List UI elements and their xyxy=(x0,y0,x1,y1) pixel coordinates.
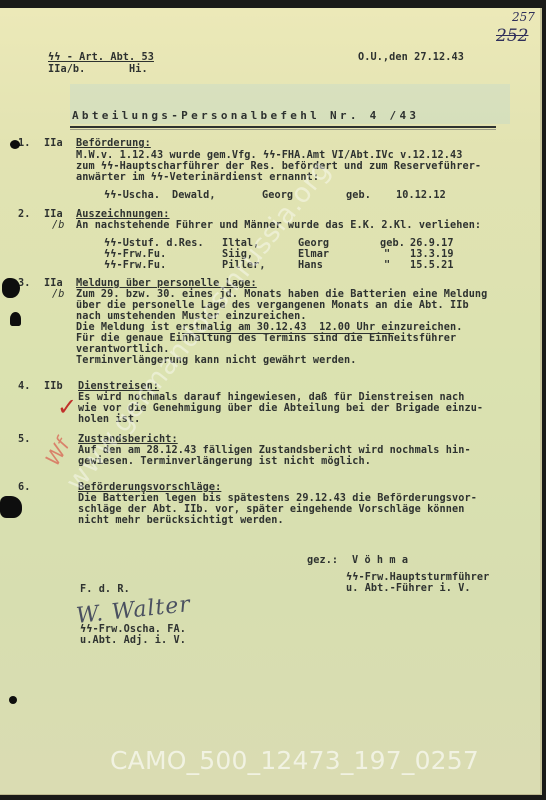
person-born-label: geb. xyxy=(380,238,405,249)
section-3-dept: IIa xyxy=(44,278,63,289)
section-3-line-2: über die personelle Lage des vergangenen… xyxy=(76,300,469,311)
section-1-heading: Beförderung: xyxy=(76,138,151,149)
gez-label: gez.: xyxy=(307,555,338,566)
person-surname: Dewald, xyxy=(172,190,216,201)
adjutant-role: u.Abt. Adj. i. V. xyxy=(80,635,186,646)
section-3-line-4: Die Meldung ist erstmalig am 30.12.43 12… xyxy=(76,322,462,333)
section-5-number: 5. xyxy=(18,434,30,445)
section-3-line-5: Für die genaue Einhaltung des Termins si… xyxy=(76,333,456,344)
document-title: Abteilungs-Personalbefehl Nr. 4 /43 xyxy=(72,109,419,122)
section-6-line-1: Die Batterien legen bis spätestens 29.12… xyxy=(78,493,477,504)
section-2-heading: Auszeichnungen: xyxy=(76,209,170,220)
section-3-line-7: Terminverlängerung kann nicht gewährt we… xyxy=(76,355,357,366)
person-born-date: 15.5.21 xyxy=(410,260,454,271)
person-rank: ϟϟ-Ustuf. d.Res. xyxy=(104,238,204,249)
section-6-line-2: schläge der Abt. IIb. vor, später eingeh… xyxy=(78,504,464,515)
ink-blot xyxy=(10,140,20,149)
place-date: O.U.,den 27.12.43 xyxy=(358,52,464,63)
typist-initials: Hi. xyxy=(129,64,148,75)
archive-watermark-id: CAMO_500_12473_197_0257 xyxy=(110,746,479,775)
reference-code: IIa/b. xyxy=(48,64,85,75)
person-born-label: " xyxy=(384,260,390,271)
section-3-dept-note: /b xyxy=(52,289,64,300)
person-born-label: " xyxy=(384,249,390,260)
red-check-mark: ✓ xyxy=(57,393,77,421)
title-underline xyxy=(70,126,496,128)
person-born-date: 13.3.19 xyxy=(410,249,454,260)
section-1-dept: IIa xyxy=(44,138,63,149)
signatory-rank: ϟϟ-Frw.Hauptsturmführer xyxy=(346,572,489,583)
person-born-date: 26.9.17 xyxy=(410,238,454,249)
person-firstname: Georg xyxy=(298,238,329,249)
section-4-number: 4. xyxy=(18,381,30,392)
section-6-line-3: nicht mehr berücksichtigt werden. xyxy=(78,515,284,526)
section-6-heading: Beförderungsvorschläge: xyxy=(78,482,221,493)
section-5-line-2: gewiesen. Terminverlängerung ist nicht m… xyxy=(78,456,371,467)
section-5-line-1: Auf den am 28.12.43 fälligen Zustandsber… xyxy=(78,445,471,456)
person-born-label: geb. xyxy=(346,190,371,201)
handwritten-page-number-struck: 252 xyxy=(496,26,528,46)
person-firstname: Elmar xyxy=(298,249,329,260)
ink-blot xyxy=(10,312,21,326)
ink-blot xyxy=(2,278,20,298)
section-6-number: 6. xyxy=(18,482,30,493)
unit-name: ϟϟ - Art. Abt. 53 xyxy=(48,52,154,63)
handwritten-page-number-top: 257 xyxy=(512,10,535,24)
title-underline-shadow xyxy=(70,129,496,130)
fdr-label: F. d. R. xyxy=(80,584,130,595)
adjutant-rank: ϟϟ-Frw.Oscha. FA. xyxy=(80,624,186,635)
person-rank: ϟϟ-Uscha. xyxy=(104,190,160,201)
section-3-line-6: verantwortlich. xyxy=(76,344,170,355)
signatory-role: u. Abt.-Führer i. V. xyxy=(346,583,471,594)
section-3-line-1: Zum 29. bzw. 30. eines jd. Monats haben … xyxy=(76,289,487,300)
ink-blot xyxy=(9,696,17,704)
person-rank: ϟϟ-Frw.Fu. xyxy=(104,260,166,271)
signatory-name: V ö h m a xyxy=(352,555,408,566)
section-2-dept: IIa xyxy=(44,209,63,220)
section-4-dept: IIb xyxy=(44,381,63,392)
section-1-line-3: anwärter im ϟϟ-Veterinärdienst ernannt: xyxy=(76,172,319,183)
section-1-line-2: zum ϟϟ-Hauptscharführer der Res. beförde… xyxy=(76,161,481,172)
person-firstname: Hans xyxy=(298,260,323,271)
section-2-dept-note: /b xyxy=(52,220,64,231)
section-2-number: 2. xyxy=(18,209,30,220)
section-1-line-1: M.W.v. 1.12.43 wurde gem.Vfg. ϟϟ-FHA.Amt… xyxy=(76,150,462,161)
document-page: 257 252 ϟϟ - Art. Abt. 53 IIa/b. Hi. O.U… xyxy=(0,8,542,795)
ink-blot xyxy=(0,496,22,518)
person-born-date: 10.12.12 xyxy=(396,190,446,201)
person-rank: ϟϟ-Frw.Fu. xyxy=(104,249,166,260)
